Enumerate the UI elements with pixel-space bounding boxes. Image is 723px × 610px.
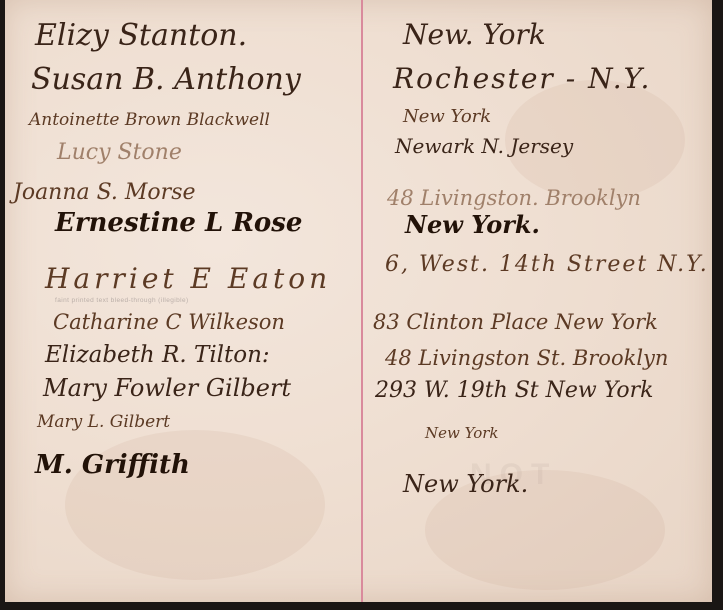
signature-griffith: M. Griffith	[35, 450, 190, 480]
address-wilkeson: 83 Clinton Place New York	[373, 310, 658, 334]
margin-rule	[361, 0, 363, 602]
signature-anthony: Susan B. Anthony	[31, 62, 301, 97]
signature-eaton: Harriet E Eaton	[45, 262, 331, 295]
signature-tilton: Elizabeth R. Tilton:	[45, 342, 270, 368]
address-eaton: 6, West. 14th Street N.Y.	[385, 252, 709, 277]
address-anthony: Rochester - N.Y.	[393, 62, 651, 95]
signature-rose: Ernestine L Rose	[55, 208, 302, 238]
address-morse: 48 Livingston. Brooklyn	[387, 186, 641, 210]
address-fowler-gilbert: 293 W. 19th St New York	[375, 378, 653, 403]
address-rose: New York.	[405, 210, 540, 239]
address-stanton: New. York	[403, 18, 546, 51]
address-griffith: New York.	[403, 470, 528, 498]
signature-fowler-gilbert: Mary Fowler Gilbert	[43, 374, 291, 402]
printed-bleed-line: faint printed text bleed-through (illegi…	[55, 297, 189, 304]
signature-stone: Lucy Stone	[57, 140, 182, 165]
signature-morse: Joanna S. Morse	[13, 180, 196, 205]
signature-blackwell: Antoinette Brown Blackwell	[29, 110, 270, 130]
document-page: NOT faint printed text bleed-through (il…	[5, 0, 712, 602]
address-blackwell: New York	[403, 106, 491, 127]
address-tilton: 48 Livingston St. Brooklyn	[385, 346, 668, 370]
signature-wilkeson: Catharine C Wilkeson	[53, 310, 285, 334]
address-mary-gilbert: New York	[425, 424, 499, 442]
signature-stanton: Elizy Stanton.	[35, 18, 247, 53]
signature-mary-gilbert: Mary L. Gilbert	[37, 412, 170, 432]
address-stone: Newark N. Jersey	[395, 134, 573, 158]
